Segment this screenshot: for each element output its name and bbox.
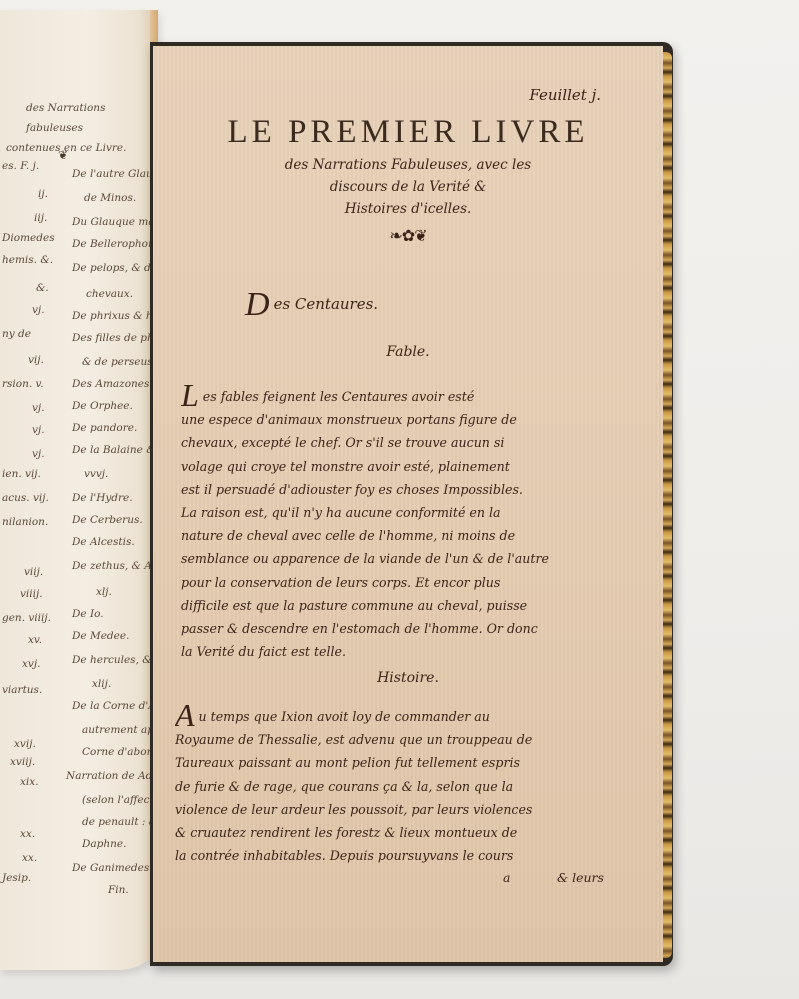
book-title: LE PREMIER LIVRE xyxy=(153,114,663,151)
toc-entry: Corne d'abondance xyxy=(82,746,158,758)
text-line: la Verité du faict est telle. xyxy=(181,640,621,663)
toc-entry: De Medee. xyxy=(72,630,129,642)
text-line: & cruautez rendirent les forestz & lieux… xyxy=(175,821,621,844)
toc-entry: (selon l'affection xyxy=(82,794,158,806)
toc-entry: xx. xyxy=(22,852,37,864)
text-line: violence de leur ardeur les poussoit, pa… xyxy=(175,798,621,821)
fable-initial: L xyxy=(181,384,199,408)
toc-entry: xv. xyxy=(28,634,42,646)
histoire-heading: Histoire. xyxy=(153,670,663,686)
toc-entry: De l'autre Glauc xyxy=(72,168,158,180)
toc-entry: De la Corne d'Amal xyxy=(72,700,158,712)
toc-entry: De Cerberus. xyxy=(72,514,143,526)
histoire-paragraph: Au temps que Ixion avoit loy de commande… xyxy=(175,704,621,867)
chapter-initial: D xyxy=(245,286,270,323)
text-line: semblance ou apparence de la viande de l… xyxy=(181,547,621,570)
fleuron-icon: ❦ xyxy=(58,148,68,163)
left-page: des Narrations fabuleuses contenues en c… xyxy=(0,10,158,970)
text-line-content: es fables feignent les Centaures avoir e… xyxy=(203,389,475,404)
toc-entry: Daphne. xyxy=(82,838,126,850)
table-of-contents-heading: des Narrations fabuleuses contenues en c… xyxy=(6,98,156,158)
toc-entry: & de perseus. xyxy=(82,356,156,368)
toc-entry: autrement appellee xyxy=(82,724,158,736)
chapter-heading: Des Centaures. xyxy=(245,286,378,324)
text-line: est il persuadé d'adiouster foy es chose… xyxy=(181,478,621,501)
text-line: nature de cheval avec celle de l'homme, … xyxy=(181,524,621,547)
catchword: & leurs xyxy=(557,870,604,885)
toc-entry: Des filles de phor xyxy=(72,332,158,344)
ornament-icon: ❧✿❦ xyxy=(153,226,663,246)
fable-paragraph: Les fables feignent les Centaures avoir … xyxy=(181,384,621,663)
toc-entry: De Io. xyxy=(72,608,104,620)
toc-entry: vj. xyxy=(32,402,45,414)
signature-mark: a xyxy=(503,870,510,885)
toc-entry: Jesip. xyxy=(2,872,31,884)
toc-entry: De Ganimedes. xyxy=(72,862,153,874)
toc-entry: De Bellerophon xyxy=(72,238,155,250)
histoire-initial: A xyxy=(175,704,195,728)
toc-entry: vj. xyxy=(32,448,45,460)
toc-entry: Diomedes xyxy=(2,232,55,244)
toc-entry: xvj. xyxy=(22,658,40,670)
toc-entry: De phrixus & hell xyxy=(72,310,158,322)
toc-entry: xix. xyxy=(20,776,39,788)
text-line: La raison est, qu'il n'y ha aucune confo… xyxy=(181,501,621,524)
toc-entry: De Orphee. xyxy=(72,400,133,412)
text-line: difficile est que la pasture commune au … xyxy=(181,594,621,617)
gilt-page-edge xyxy=(662,52,672,958)
toc-entry: nilanion. xyxy=(2,516,48,528)
toc-entry: iij. xyxy=(34,212,47,224)
text-line: chevaux, excepté le chef. Or s'il se tro… xyxy=(181,431,621,454)
toc-entry: xx. xyxy=(20,828,35,840)
text-line: une espece d'animaux monstrueux portans … xyxy=(181,408,621,431)
right-page: Feuillet j. LE PREMIER LIVRE des Narrati… xyxy=(153,46,663,962)
text-line: la contrée inhabitables. Depuis poursuyv… xyxy=(175,844,621,867)
toc-entry: chevaux. xyxy=(86,288,133,300)
toc-entry: vvvj. xyxy=(84,468,108,480)
toc-entry: De zethus, & Amph xyxy=(72,560,158,572)
toc-entry: viiij. xyxy=(20,588,43,600)
toc-entry: xviij. xyxy=(10,756,35,768)
text-line: Royaume de Thessalie, est advenu que un … xyxy=(175,728,621,751)
subtitle-line: Histoires d'icelles. xyxy=(213,198,603,220)
toc-entry: acus. vij. xyxy=(2,492,49,504)
toc-entry: De la Balaine & Cer xyxy=(72,444,158,456)
toc-entry: De l'Hydre. xyxy=(72,492,133,504)
subtitle-line: discours de la Verité & xyxy=(213,176,603,198)
text-line-content: u temps que Ixion avoit loy de commander… xyxy=(199,709,490,724)
text-line: Taureaux paissant au mont pelion fut tel… xyxy=(175,751,621,774)
toc-entry: xlij. xyxy=(92,678,111,690)
toc-entry: vij. xyxy=(28,354,44,366)
text-line: volage qui croye tel monstre avoir esté,… xyxy=(181,455,621,478)
toc-entry: Narration de Ada xyxy=(66,770,158,782)
text-line: pour la conservation de leurs corps. Et … xyxy=(181,571,621,594)
toc-entry: Du Glauque mar xyxy=(72,216,158,228)
folio-number: Feuillet j. xyxy=(529,86,601,104)
toc-entry: Fin. xyxy=(108,884,129,896)
toc-entry: ny de xyxy=(2,328,31,340)
toc-entry: De Alcestis. xyxy=(72,536,135,548)
toc-entry: es. F. j. xyxy=(2,160,39,172)
book-subtitle: des Narrations Fabuleuses, avec les disc… xyxy=(213,154,603,220)
toc-entry: ij. xyxy=(38,188,48,200)
toc-entry: De hercules, & Omph xyxy=(72,654,158,666)
toc-heading-line-2: contenues en ce Livre. xyxy=(6,138,156,158)
toc-entry: De pelops, & de xyxy=(72,262,157,274)
fable-heading: Fable. xyxy=(153,344,663,360)
toc-entry: vj. xyxy=(32,424,45,436)
chapter-title: es Centaures. xyxy=(274,295,379,313)
text-line: de furie & de rage, que courans ça & la,… xyxy=(175,775,621,798)
toc-entry: xlj. xyxy=(96,586,112,598)
toc-entry: viartus. xyxy=(2,684,42,696)
toc-entry: hemis. &. xyxy=(2,254,53,266)
toc-entry: xvij. xyxy=(14,738,36,750)
text-line: Au temps que Ixion avoit loy de commande… xyxy=(175,704,621,728)
toc-entry: Des Amazones. xyxy=(72,378,153,390)
toc-entry: &. xyxy=(36,282,49,294)
toc-entry: rsion. v. xyxy=(2,378,44,390)
text-line: passer & descendre en l'estomach de l'ho… xyxy=(181,617,621,640)
toc-entry: de Minos. xyxy=(84,192,136,204)
text-line: Les fables feignent les Centaures avoir … xyxy=(181,384,621,408)
toc-entry: ien. vij. xyxy=(2,468,41,480)
toc-entry: de penault : a xyxy=(82,816,155,828)
toc-heading-line-1: des Narrations fabuleuses xyxy=(6,98,156,138)
toc-entry: viij. xyxy=(24,566,43,578)
subtitle-line: des Narrations Fabuleuses, avec les xyxy=(213,154,603,176)
toc-entry: gen. viiij. xyxy=(2,612,51,624)
toc-entry: De pandore. xyxy=(72,422,137,434)
toc-entry: vj. xyxy=(32,304,45,316)
